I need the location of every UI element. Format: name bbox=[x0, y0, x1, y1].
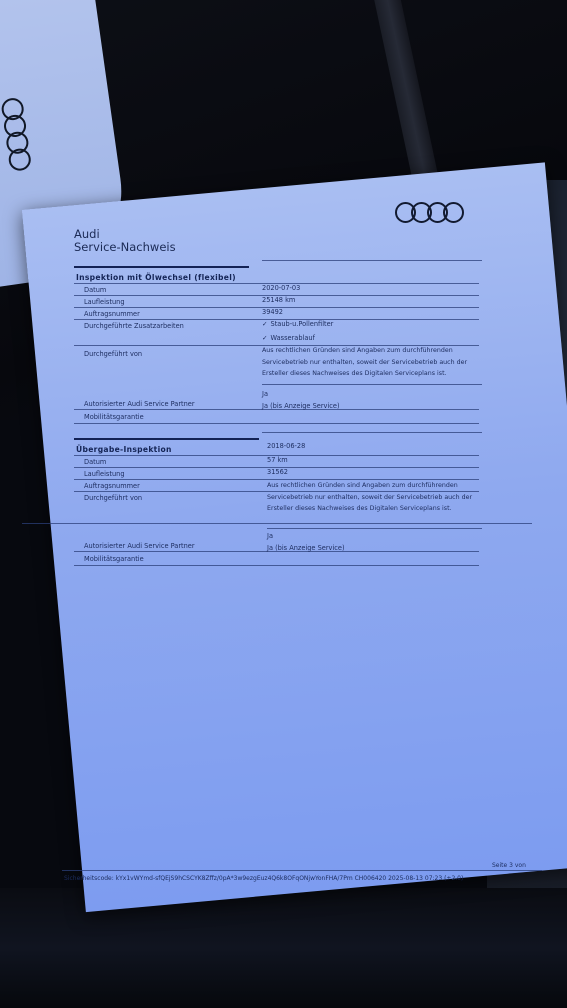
value-extra-item: ✓Wasserablauf bbox=[262, 334, 315, 342]
rule bbox=[22, 523, 532, 524]
value-order-number: 39492 bbox=[262, 308, 283, 316]
label-partner: Autorisierter Audi Service Partner bbox=[84, 400, 195, 408]
label-mobility: Mobilitätsgarantie bbox=[84, 555, 144, 563]
rule bbox=[74, 565, 479, 566]
check-icon: ✓ bbox=[262, 334, 268, 342]
legal-note: Aus rechtlichen Gründen sind Angaben zum… bbox=[267, 480, 507, 515]
value-mobility: Ja (bis Anzeige Service) bbox=[267, 544, 345, 552]
value-mileage: 57 km bbox=[267, 456, 288, 464]
rule bbox=[262, 384, 482, 385]
check-icon: ✓ bbox=[262, 320, 268, 328]
footer-rule bbox=[62, 870, 542, 871]
rule bbox=[74, 423, 479, 424]
value-extra-item: ✓Staub-u.Pollenfilter bbox=[262, 320, 333, 328]
value-partner: Ja bbox=[267, 532, 273, 540]
audi-four-rings-icon bbox=[400, 202, 464, 223]
section-title-handover: Übergabe-Inspektion bbox=[76, 445, 172, 454]
label-mileage: Laufleistung bbox=[84, 470, 125, 478]
brand-header: Audi Service-Nachweis bbox=[74, 228, 176, 254]
label-performed-by: Durchgeführt von bbox=[84, 494, 142, 502]
security-code: Sicherheitscode: kYx1vWYmd-sfQEjS9hCSCYK… bbox=[64, 875, 463, 882]
legal-note: Aus rechtlichen Gründen sind Angaben zum… bbox=[262, 345, 502, 380]
label-date: Datum bbox=[84, 458, 106, 466]
label-extra-work: Durchgeführte Zusatzarbeiten bbox=[84, 322, 184, 330]
page-number: Seite 3 von bbox=[492, 862, 526, 869]
section-divider bbox=[74, 438, 259, 440]
label-performed-by: Durchgeführt von bbox=[84, 350, 142, 358]
value-partner: Ja bbox=[262, 390, 268, 398]
value-order-number: 31562 bbox=[267, 468, 288, 476]
label-date: Datum bbox=[84, 286, 106, 294]
label-mobility: Mobilitätsgarantie bbox=[84, 413, 144, 421]
value-date: 2018-06-28 bbox=[267, 442, 305, 450]
label-mileage: Laufleistung bbox=[84, 298, 125, 306]
rule bbox=[267, 528, 482, 529]
audi-rings-icon bbox=[1, 102, 32, 172]
label-partner: Autorisierter Audi Service Partner bbox=[84, 542, 195, 550]
value-date: 2020-07-03 bbox=[262, 284, 300, 292]
rule bbox=[262, 432, 482, 433]
document-title: Service-Nachweis bbox=[74, 241, 176, 254]
rule bbox=[262, 260, 482, 261]
label-order-number: Auftragsnummer bbox=[84, 482, 140, 490]
value-mobility: Ja (bis Anzeige Service) bbox=[262, 402, 340, 410]
value-mileage: 25148 km bbox=[262, 296, 295, 304]
section-divider bbox=[74, 266, 249, 268]
label-order-number: Auftragsnummer bbox=[84, 310, 140, 318]
service-sheet: Audi Service-Nachweis Inspektion mit Ölw… bbox=[22, 162, 567, 912]
section-title-oil-inspection: Inspektion mit Ölwechsel (flexibel) bbox=[76, 273, 236, 282]
